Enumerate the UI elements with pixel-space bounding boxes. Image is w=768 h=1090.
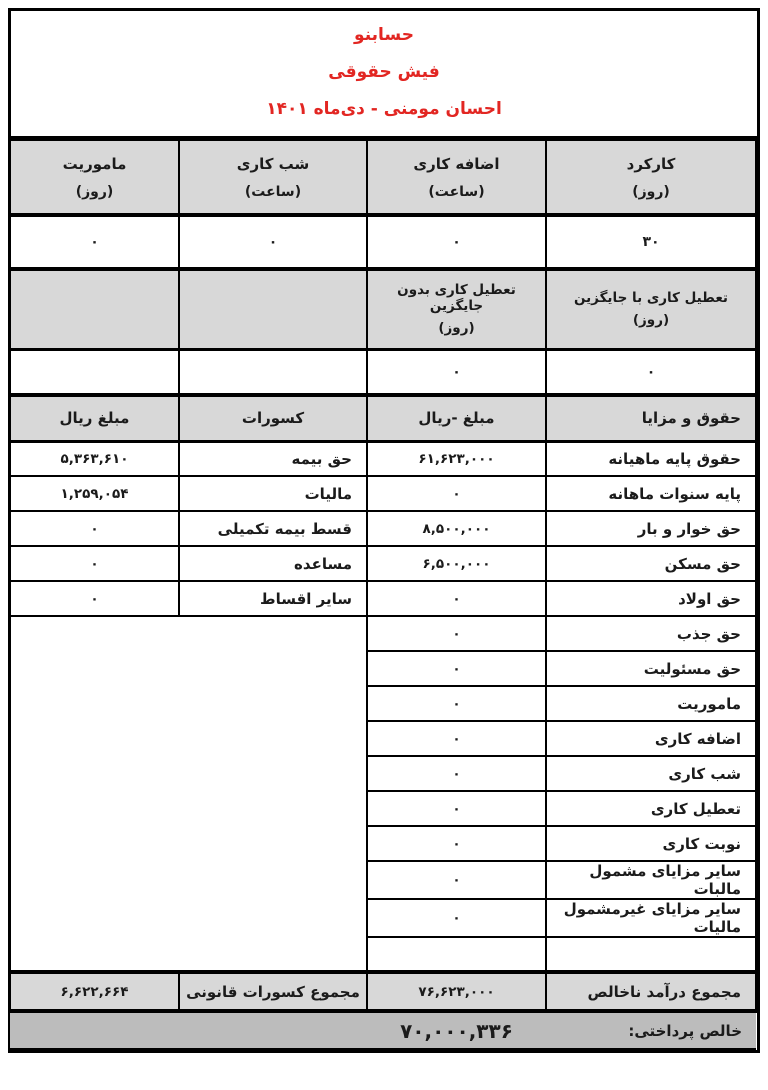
benefit-value: ۰ — [367, 686, 546, 721]
deductions-amount-column-header: مبلغ ریال — [10, 395, 179, 441]
holiday-header-without-substitute: تعطیل کاری بدون جایگزین (روز) — [367, 269, 546, 349]
deduction-label: مساعده — [179, 546, 367, 581]
holiday-header-empty-cell — [10, 269, 179, 349]
table-row: حق خوار و بار ۸,۵۰۰,۰۰۰ قسط بیمه تکمیلی … — [10, 511, 756, 546]
holiday-label: تعطیل کاری با جایگزین — [551, 290, 751, 306]
benefit-label: سایر مزایای غیرمشمول مالیات — [546, 899, 756, 937]
table-row: حق جذب ۰ — [10, 616, 756, 651]
deductions-empty-area — [10, 616, 367, 972]
deduction-value: ۱,۲۵۹,۰۵۴ — [10, 476, 179, 511]
salary-header-row: حقوق و مزایا مبلغ -ریال کسورات مبلغ ریال — [10, 395, 756, 441]
benefit-value — [367, 937, 546, 972]
deduction-value: ۰ — [10, 581, 179, 616]
gross-income-label: مجموع درآمد ناخالص — [546, 972, 756, 1011]
holiday-value-with-substitute: ۰ — [546, 349, 756, 395]
deduction-label: سایر اقساط — [179, 581, 367, 616]
benefit-label: پایه سنوات ماهانه — [546, 476, 756, 511]
legal-deductions-value: ۶,۶۲۲,۶۶۴ — [10, 972, 179, 1011]
benefit-value: ۰ — [367, 791, 546, 826]
holiday-value-empty-cell — [10, 349, 179, 395]
totals-row: مجموع درآمد ناخالص ۷۶,۶۲۳,۰۰۰ مجموع کسور… — [10, 972, 756, 1011]
payslip-page: { "colors": { "accent_red": "#e22622", "… — [0, 0, 768, 1090]
deduction-value: ۰ — [10, 511, 179, 546]
deductions-column-header: کسورات — [179, 395, 367, 441]
net-pay-row: خالص پرداختی: ۷۰,۰۰۰,۳۳۶ — [10, 1011, 756, 1049]
benefit-label: سایر مزایای مشمول مالبات — [546, 861, 756, 899]
table-row: حق اولاد ۰ سایر اقساط ۰ — [10, 581, 756, 616]
benefit-value: ۰ — [367, 721, 546, 756]
brand-title: حسابنو — [11, 17, 757, 54]
holiday-unit: (روز) — [551, 312, 751, 328]
benefit-label: نوبت کاری — [546, 826, 756, 861]
attendance-unit: (ساعت) — [372, 184, 541, 200]
benefits-column-header: حقوق و مزایا — [546, 395, 756, 441]
document-title: فیش حقوقی — [11, 54, 757, 91]
holiday-value-without-substitute: ۰ — [367, 349, 546, 395]
holiday-header-with-substitute: تعطیل کاری با جایگزین (روز) — [546, 269, 756, 349]
attendance-label: شب کاری — [184, 155, 362, 173]
benefit-value: ۶۱,۶۲۳,۰۰۰ — [367, 441, 546, 476]
benefit-label: شب کاری — [546, 756, 756, 791]
benefit-value: ۰ — [367, 616, 546, 651]
holiday-label: تعطیل کاری بدون جایگزین — [372, 282, 541, 314]
attendance-value-mission: ۰ — [10, 215, 179, 269]
net-pay-label: خالص پرداختی: — [546, 1011, 756, 1049]
document-header: حسابنو فیش حقوقی احسان مومنی - دی‌ماه ۱۴… — [11, 11, 757, 139]
attendance-header-mission: ماموریت (روز) — [10, 140, 179, 215]
benefit-label: حق جذب — [546, 616, 756, 651]
attendance-header-row: کارکرد (روز) اضافه کاری (ساعت) شب کاری (… — [10, 140, 756, 215]
benefit-label: حق اولاد — [546, 581, 756, 616]
holiday-unit: (روز) — [372, 320, 541, 336]
attendance-unit: (روز) — [551, 184, 751, 200]
attendance-value-nightwork: ۰ — [179, 215, 367, 269]
attendance-header-karkard: کارکرد (روز) — [546, 140, 756, 215]
benefit-value: ۰ — [367, 581, 546, 616]
attendance-value-karkard: ۳۰ — [546, 215, 756, 269]
holiday-value-empty-cell — [179, 349, 367, 395]
deduction-value: ۰ — [10, 546, 179, 581]
benefit-label: حق مسئولیت — [546, 651, 756, 686]
holiday-header-empty-cell — [179, 269, 367, 349]
payslip-table: کارکرد (روز) اضافه کاری (ساعت) شب کاری (… — [9, 139, 757, 1050]
deduction-label: حق بیمه — [179, 441, 367, 476]
attendance-label: کارکرد — [551, 155, 751, 173]
benefit-label: حقوق پایه ماهیانه — [546, 441, 756, 476]
benefit-value: ۸,۵۰۰,۰۰۰ — [367, 511, 546, 546]
benefit-label: اضافه کاری — [546, 721, 756, 756]
benefit-label — [546, 937, 756, 972]
deduction-label: قسط بیمه تکمیلی — [179, 511, 367, 546]
benefit-value: ۶,۵۰۰,۰۰۰ — [367, 546, 546, 581]
benefit-value: ۰ — [367, 826, 546, 861]
attendance-label: اضافه کاری — [372, 155, 541, 173]
benefit-label: ماموریت — [546, 686, 756, 721]
attendance-label: ماموریت — [15, 155, 174, 173]
table-row: حقوق پایه ماهیانه ۶۱,۶۲۳,۰۰۰ حق بیمه ۵,۳… — [10, 441, 756, 476]
benefit-value: ۰ — [367, 651, 546, 686]
table-row: پایه سنوات ماهانه ۰ مالیات ۱,۲۵۹,۰۵۴ — [10, 476, 756, 511]
attendance-unit: (روز) — [15, 184, 174, 200]
deduction-label: مالیات — [179, 476, 367, 511]
benefit-label: حق مسکن — [546, 546, 756, 581]
table-row: حق مسکن ۶,۵۰۰,۰۰۰ مساعده ۰ — [10, 546, 756, 581]
gross-income-value: ۷۶,۶۲۳,۰۰۰ — [367, 972, 546, 1011]
attendance-value-overtime: ۰ — [367, 215, 546, 269]
benefit-value: ۰ — [367, 476, 546, 511]
benefits-amount-column-header: مبلغ -ریال — [367, 395, 546, 441]
benefit-value: ۰ — [367, 861, 546, 899]
deduction-value: ۵,۳۶۳,۶۱۰ — [10, 441, 179, 476]
attendance-header-overtime: اضافه کاری (ساعت) — [367, 140, 546, 215]
payslip-document: حسابنو فیش حقوقی احسان مومنی - دی‌ماه ۱۴… — [8, 8, 760, 1053]
benefit-label: حق خوار و بار — [546, 511, 756, 546]
benefit-label: تعطیل کاری — [546, 791, 756, 826]
benefit-value: ۰ — [367, 756, 546, 791]
legal-deductions-label: مجموع کسورات قانونی — [179, 972, 367, 1011]
attendance-unit: (ساعت) — [184, 184, 362, 200]
net-pay-value: ۷۰,۰۰۰,۳۳۶ — [367, 1011, 546, 1049]
holiday-header-row: تعطیل کاری با جایگزین (روز) تعطیل کاری ب… — [10, 269, 756, 349]
attendance-value-row: ۳۰ ۰ ۰ ۰ — [10, 215, 756, 269]
holiday-value-row: ۰ ۰ — [10, 349, 756, 395]
benefit-value: ۰ — [367, 899, 546, 937]
employee-period-line: احسان مومنی - دی‌ماه ۱۴۰۱ — [11, 91, 757, 128]
net-pay-empty-cell — [10, 1011, 367, 1049]
attendance-header-nightwork: شب کاری (ساعت) — [179, 140, 367, 215]
